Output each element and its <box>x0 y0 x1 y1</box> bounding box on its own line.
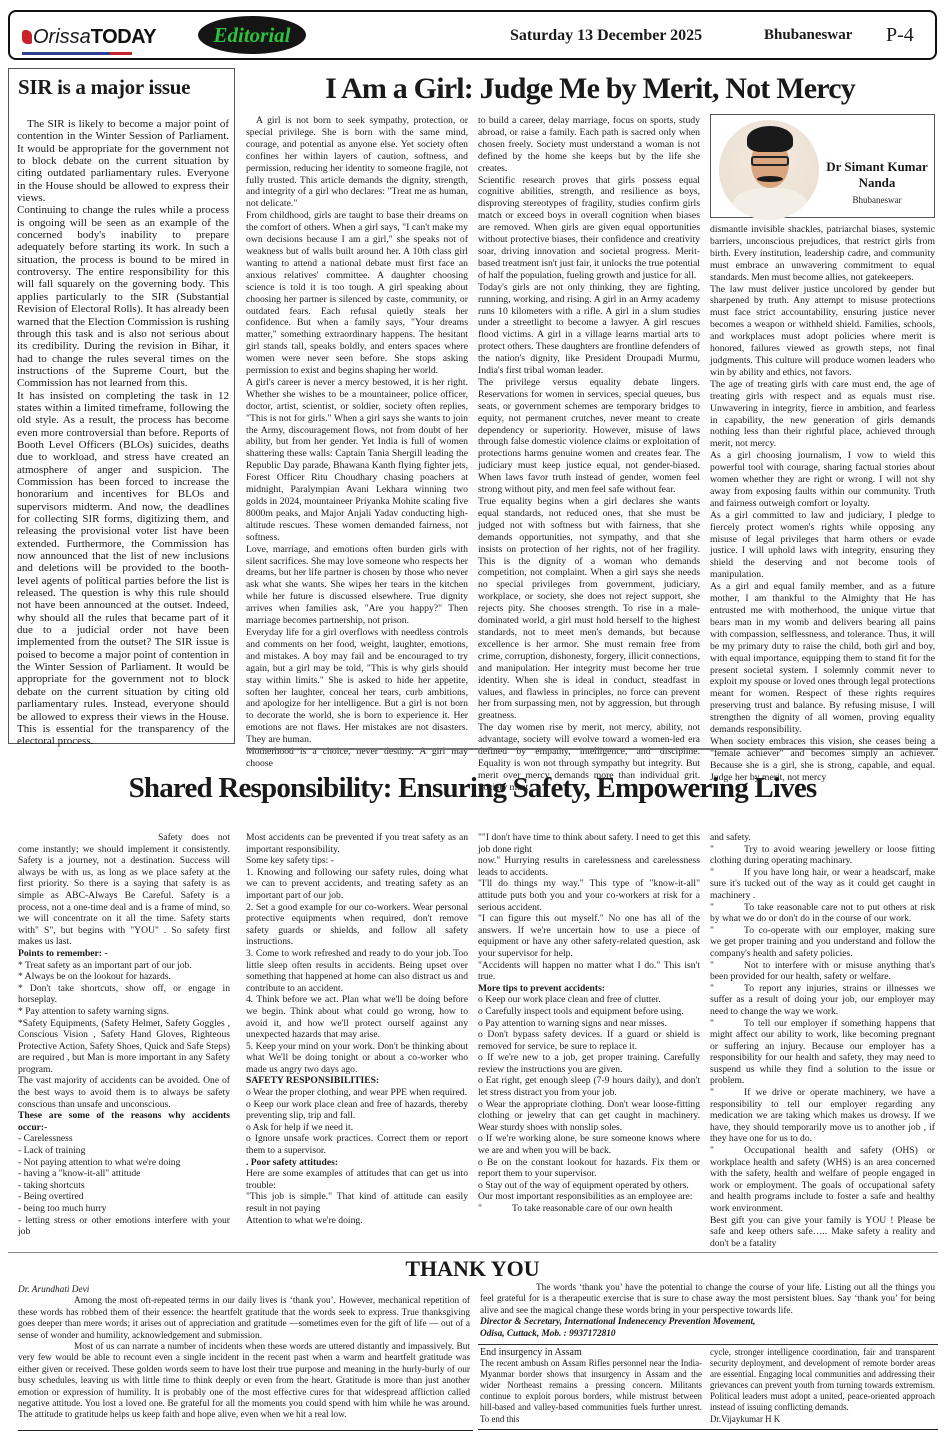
list-item: - Not paying attention to what we're doi… <box>18 1157 230 1169</box>
paragraph: The law must deliver justice uncolored b… <box>710 284 935 379</box>
paragraph: The recent ambush on Assam Rifles person… <box>480 1358 702 1425</box>
paragraph: Love, marriage, and emotions often burde… <box>246 544 468 627</box>
paragraph: "I'll do things my way." This type of "k… <box>478 878 700 913</box>
divider <box>8 1252 938 1253</box>
subheading: Points to remember: - <box>18 948 108 959</box>
list-item: o Wear the proper clothing, and wear PPE… <box>246 1087 468 1099</box>
paragraph: True equality begins when a girl declare… <box>478 496 700 722</box>
divider <box>478 1344 938 1345</box>
paragraph: Most of us can narrate a number of incid… <box>18 1342 470 1422</box>
list-item: o If we're new to a job, get proper trai… <box>478 1052 700 1075</box>
list-item: - being too much hurry <box>18 1203 230 1215</box>
subheading: SAFETY RESPONSIBILITIES: <box>246 1075 379 1086</box>
signature-title: Director & Secretary, International Inde… <box>480 1317 935 1328</box>
letter-title: End insurgency in Assam <box>480 1347 702 1358</box>
paragraph: Today's girls are not only thinking, the… <box>478 282 700 377</box>
sir-editorial: SIR is a major issue The SIR is likely t… <box>8 68 235 744</box>
list-item: 1. Knowing and following our safety rule… <box>246 867 468 902</box>
paragraph: It has insisted on completing the task i… <box>17 390 229 748</box>
logo-word-today: TODAY <box>91 26 156 48</box>
author-location: Bhubaneswar <box>821 195 933 205</box>
author-photo <box>719 120 819 220</box>
girl-article-column-2: to build a career, delay marriage, focus… <box>478 115 700 794</box>
list-item: To co-operate with our employer, making … <box>710 925 935 959</box>
paragraph: to build a career, delay marriage, focus… <box>478 115 700 175</box>
safety-column-1: Safety does not come instantly; we shoul… <box>18 832 230 1238</box>
list-item: *Safety Equipments, (Safety Helmet, Safe… <box>18 1018 230 1076</box>
orissa-today-logo[interactable]: OrissaTODAY <box>22 26 156 49</box>
list-item: To take reasonable care not to put other… <box>710 902 935 925</box>
paragraph: Among the most oft-repeated terms in our… <box>18 1296 470 1342</box>
paragraph: Our most important responsibilities as a… <box>478 1191 700 1203</box>
girl-article-column-1: A girl is not born to seek sympathy, pro… <box>246 115 468 770</box>
paragraph: As a girl choosing journalism, I vow to … <box>710 450 935 510</box>
girl-article-column-3: dismantle invisible shackles, patriarcha… <box>710 224 935 784</box>
signature-contact: Odisa, Cuttack, Mob. : 9937172810 <box>480 1329 935 1340</box>
logo-word-orissa: Orissa <box>33 26 91 48</box>
paragraph: "I can figure this out myself." No one h… <box>478 913 700 959</box>
list-item: 3. Come to work refreshed and ready to d… <box>246 948 468 994</box>
list-item: o Ignore unsafe work practices. Correct … <box>246 1133 468 1156</box>
letter-column-1: End insurgency in Assam The recent ambus… <box>480 1347 702 1425</box>
divider <box>18 1430 473 1431</box>
paragraph: The age of treating girls with care must… <box>710 379 935 450</box>
paragraph: Most accidents can be prevented if you t… <box>246 832 468 855</box>
list-item: - Carelessness <box>18 1133 230 1145</box>
list-item: - Being overtired <box>18 1191 230 1203</box>
safety-column-2: Most accidents can be prevented if you t… <box>246 832 468 1226</box>
author-box: Dr Simant Kumar Nanda Bhubaneswar <box>710 114 935 218</box>
list-item: 2. Set a good example for our co-workers… <box>246 902 468 948</box>
paragraph: Scientific research proves that girls po… <box>478 175 700 282</box>
paragraph: Safety does not come instantly; we shoul… <box>18 832 230 948</box>
list-item: o Be on the constant lookout for hazards… <box>478 1157 700 1180</box>
paragraph: Best gift you can give your family is YO… <box>710 1215 935 1250</box>
odisha-map-icon <box>22 30 32 44</box>
sir-headline: SIR is a major issue <box>9 69 234 100</box>
paragraph: A girl is not born to seek sympathy, pro… <box>246 115 468 210</box>
byline: Dr. Arundhati Devi <box>18 1285 470 1296</box>
list-item: 4. Think before we act. Plan what we'll … <box>246 994 468 1040</box>
list-item: To tell our employer if something happen… <box>710 1018 935 1087</box>
paragraph: Here are some examples of attitudes that… <box>246 1168 468 1191</box>
paragraph: From childhood, girls are taught to base… <box>246 210 468 377</box>
list-item: * Don't take shortcuts, show off, or eng… <box>18 983 230 1006</box>
logo-underline <box>22 52 132 55</box>
paragraph: As a girl committed to law and judiciary… <box>710 510 935 581</box>
paragraph: dismantle invisible shackles, patriarcha… <box>710 224 935 284</box>
list-item: - taking shortcuts <box>18 1180 230 1192</box>
thank-you-column-1: Dr. Arundhati Devi Among the most oft-re… <box>18 1285 470 1422</box>
list-item: * Always be on the lookout for hazards. <box>18 971 230 983</box>
paragraph: The words ‘thank you’ have the potential… <box>480 1283 935 1317</box>
safety-article-headline: Shared Responsibility: Ensuring Safety, … <box>0 772 945 805</box>
paragraph: "Accidents will happen no matter what I … <box>478 960 700 983</box>
list-item: To report any injuries, strains or illne… <box>710 983 935 1017</box>
list-item: o Eat right, get enough sleep (7-9 hours… <box>478 1075 700 1098</box>
paragraph: The SIR is likely to become a major poin… <box>17 118 229 204</box>
page-number: P-4 <box>886 24 914 47</box>
safety-column-3: ""I don't have time to think about safet… <box>478 832 700 1215</box>
paragraph: Continuing to change the rules while a p… <box>17 204 229 389</box>
safety-column-4: and safety. "Try to avoid wearing jewell… <box>710 832 935 1249</box>
paragraph: Attention to what we're doing. <box>246 1215 468 1227</box>
list-item: o Wear the appropriate clothing. Don't w… <box>478 1099 700 1134</box>
list-item: o Don't bypass safety devices. If a guar… <box>478 1029 700 1052</box>
section-badge-editorial: Editorial <box>198 16 306 54</box>
edition-city: Bhubaneswar <box>764 27 852 44</box>
list-item: If we drive or operate machinery, we hav… <box>710 1087 935 1144</box>
sir-body: The SIR is likely to become a major poin… <box>17 118 229 748</box>
list-item: o Pay attention to warning signs and nea… <box>478 1018 700 1030</box>
list-item: * Pay attention to safety warning signs. <box>18 1006 230 1018</box>
list-item: * Treat safety as an important part of o… <box>18 960 230 972</box>
paragraph: Everyday life for a girl overflows with … <box>246 627 468 746</box>
subheading: . Poor safety attitudes: <box>246 1157 338 1168</box>
paragraph: ""I don't have time to think about safet… <box>478 832 700 855</box>
paragraph: The privilege versus equality debate lin… <box>478 377 700 496</box>
thank-you-headline: THANK YOU <box>0 1256 945 1282</box>
paragraph: now." Hurrying results in carelessness a… <box>478 855 700 878</box>
subheading: More tips to prevent accidents: <box>478 983 605 994</box>
girl-article-headline: I Am a Girl: Judge Me by Merit, Not Merc… <box>240 72 940 106</box>
list-item: Occupational health and safety (OHS) or … <box>710 1145 935 1214</box>
list-item: o Stay out of the way of equipment opera… <box>478 1180 700 1192</box>
list-item: o Ask for help if we need it. <box>246 1122 468 1134</box>
paragraph: and safety. <box>710 832 935 844</box>
paragraph: "This job is simple." That kind of attit… <box>246 1191 468 1214</box>
paragraph: cycle, stronger intelligence coordinatio… <box>710 1347 935 1414</box>
list-item: - Lack of training <box>18 1145 230 1157</box>
subheading: Some key safety tips: - <box>246 855 468 867</box>
paragraph: The vast majority of accidents can be av… <box>18 1075 230 1110</box>
list-item: If you have long hair, or wear a headsca… <box>710 867 935 901</box>
author-name: Dr Simant Kumar Nanda <box>821 159 933 191</box>
list-item: - letting stress or other emotions inter… <box>18 1215 230 1238</box>
list-item: o Carefully inspect tools and equipment … <box>478 1006 700 1018</box>
paragraph: A girl's career is never a mercy bestowe… <box>246 377 468 544</box>
divider <box>478 1429 938 1430</box>
list-item: To take reasonable care of our own healt… <box>512 1203 672 1214</box>
issue-date: Saturday 13 December 2025 <box>510 27 702 45</box>
paragraph: As a girl and equal family member, and a… <box>710 581 935 736</box>
thank-you-column-2: The words ‘thank you’ have the potential… <box>480 1283 935 1340</box>
list-item: - having a "know-it-all" attitude <box>18 1168 230 1180</box>
list-item: 5. Keep your mind on your work. Don't be… <box>246 1041 468 1076</box>
list-item: Try to avoid wearing jewellery or loose … <box>710 844 935 867</box>
masthead: OrissaTODAY Editorial Saturday 13 Decemb… <box>8 10 937 60</box>
list-item: o Keep our work place clean and free of … <box>246 1099 468 1122</box>
subheading: These are some of the reasons why accide… <box>18 1110 230 1133</box>
letter-column-2: cycle, stronger intelligence coordinatio… <box>710 1347 935 1425</box>
letter-signature: Dr.Vijaykumar H K <box>710 1414 935 1425</box>
divider <box>246 748 938 750</box>
list-item: Not to interfere with or misuse anything… <box>710 960 935 983</box>
list-item: o If we're working alone, be sure someon… <box>478 1133 700 1156</box>
list-item: o Keep our work place clean and free of … <box>478 994 700 1006</box>
